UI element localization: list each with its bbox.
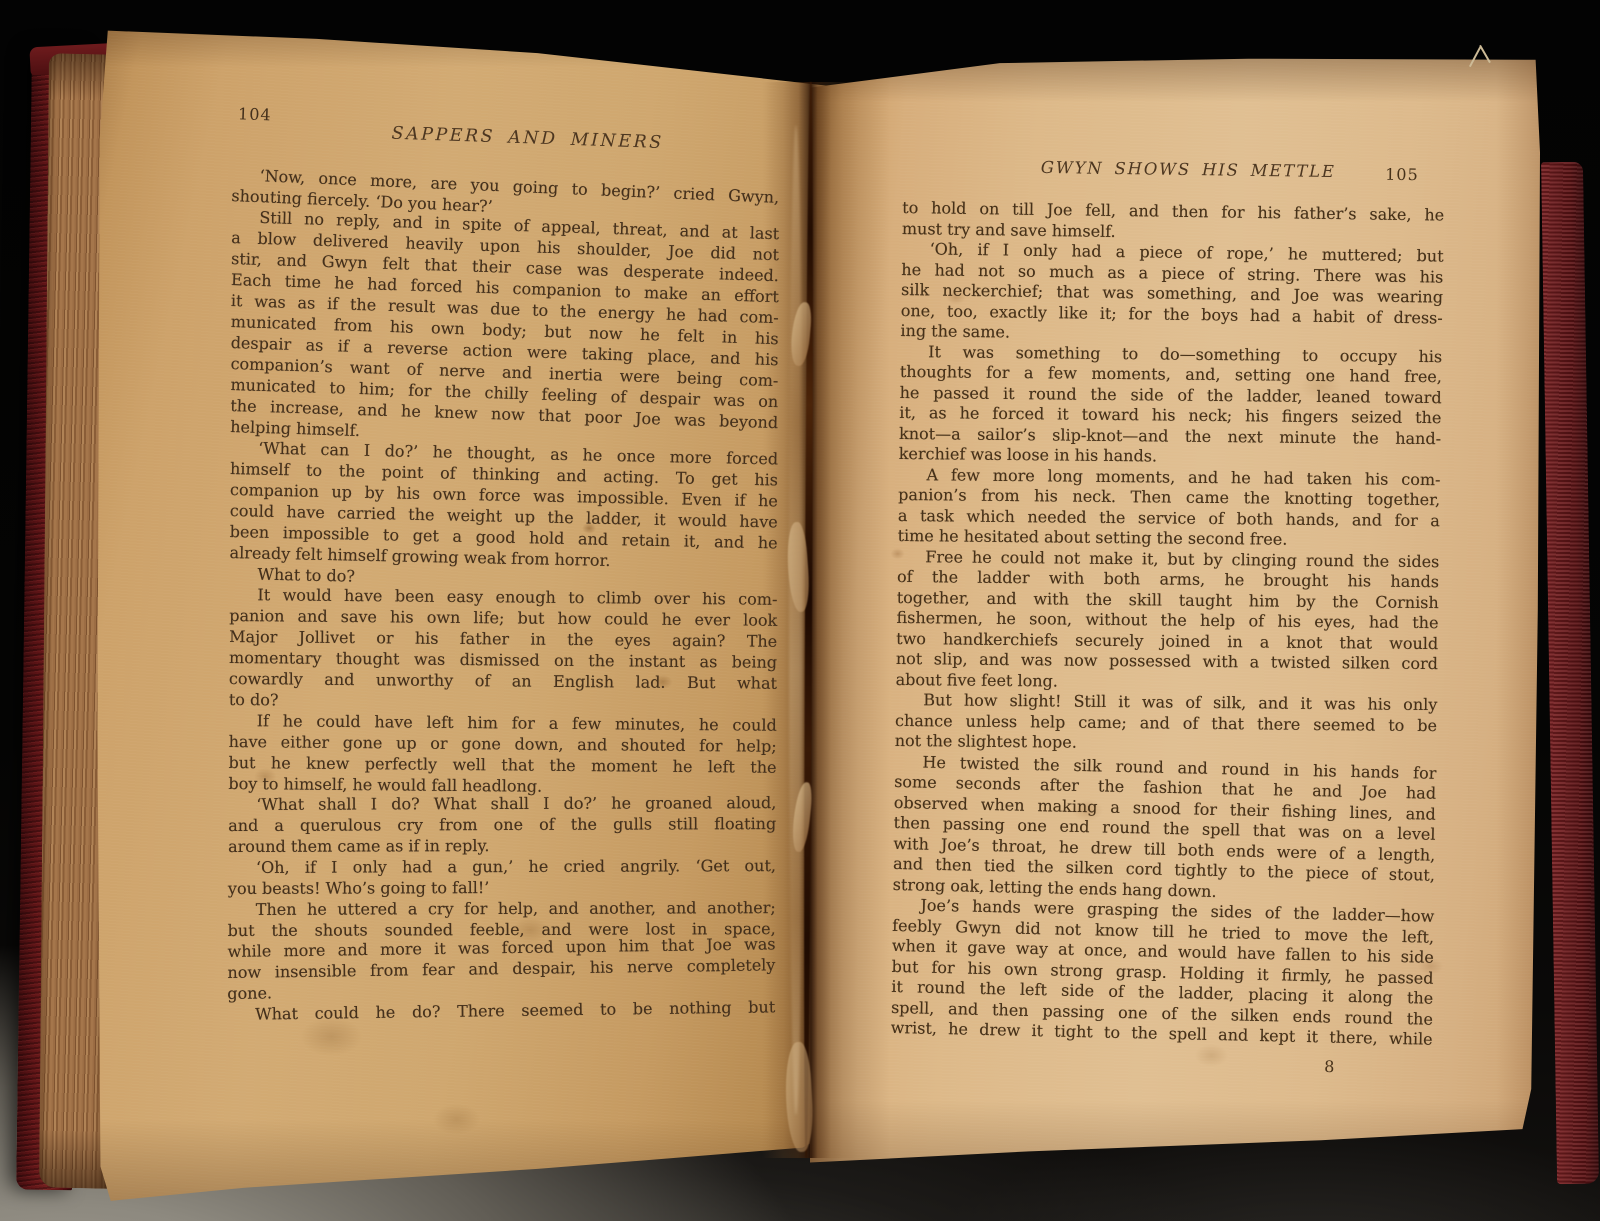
frayed-thread	[1468, 44, 1498, 70]
left-page-body: ‘Now, once more, are you going to begin?…	[227, 164, 780, 1028]
page-number-right: 105	[1385, 165, 1419, 184]
page-number-left: 104	[238, 104, 272, 124]
torn-paper-fray	[785, 521, 811, 612]
open-book-photograph: 104 SAPPERS AND MINERS ‘Now, once more, …	[0, 0, 1600, 1221]
running-title-left: SAPPERS AND MINERS	[391, 124, 664, 153]
left-page-header: 104 SAPPERS AND MINERS	[231, 102, 780, 157]
signature-mark: 8	[1318, 1056, 1340, 1075]
text-line: and a querulous cry from one of the gull…	[228, 813, 776, 836]
torn-paper-fray	[789, 301, 813, 366]
text-line: you beasts! Who’s going to fall!’	[228, 876, 776, 899]
text-line: around them came as if in reply.	[228, 834, 776, 857]
torn-paper-fray	[790, 781, 813, 852]
right-page-text: GWYN SHOWS HIS METTLE 105 to hold on til…	[890, 152, 1445, 1077]
text-line: ‘Oh, if I only had a gun,’ he cried angr…	[228, 855, 776, 878]
torn-paper-fray	[783, 1041, 815, 1152]
right-page-body: to hold on till Joe fell, and then for h…	[891, 198, 1445, 1046]
text-line: ‘What shall I do? What shall I do?’ he g…	[228, 792, 776, 815]
left-page-text: 104 SAPPERS AND MINERS ‘Now, once more, …	[227, 102, 780, 1028]
running-title-right: GWYN SHOWS HIS METTLE	[1041, 158, 1336, 181]
text-line: Then he uttered a cry for help, and anot…	[228, 897, 776, 920]
